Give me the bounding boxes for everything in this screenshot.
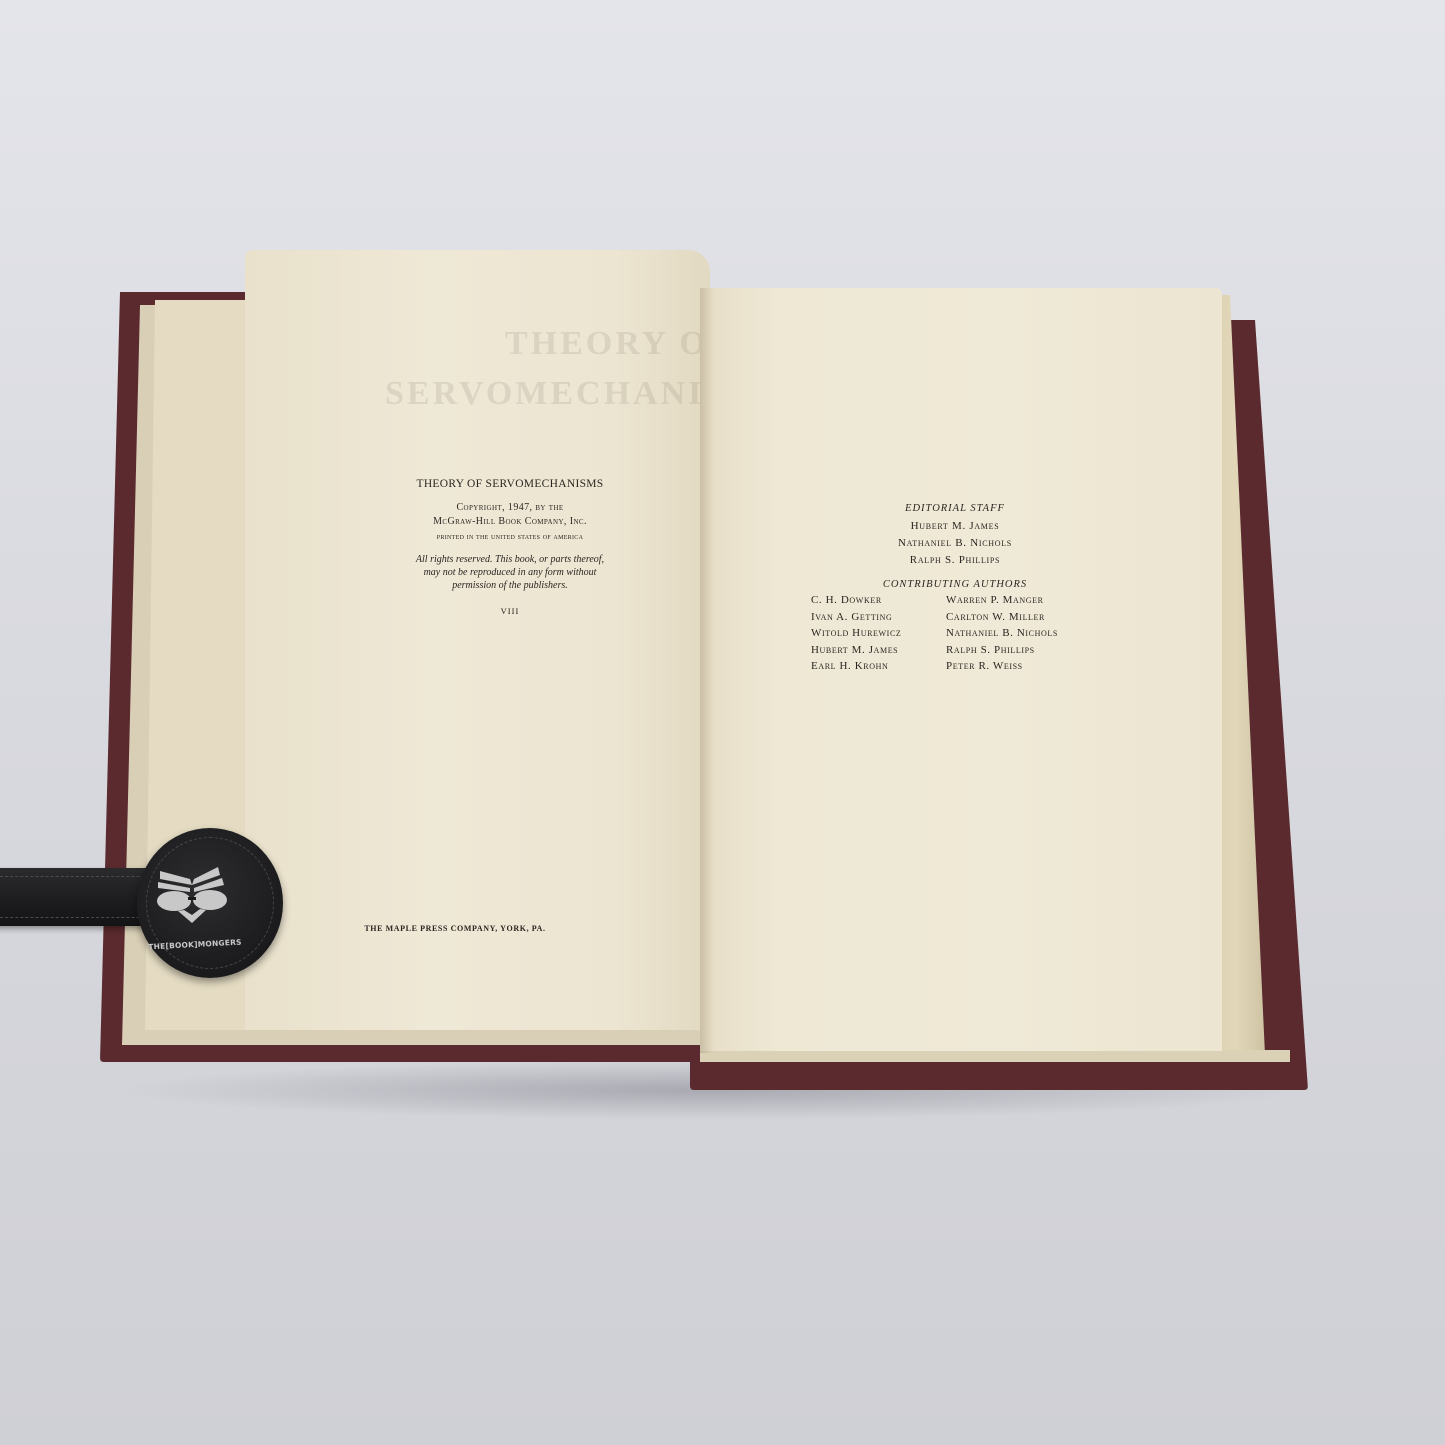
editorial-heading: EDITORIAL STAFF — [800, 503, 1110, 514]
author-name: Ralph S. Phillips — [946, 642, 1106, 659]
editor-name: Ralph S. Phillips — [800, 552, 1110, 569]
author-name: Warren P. Manger — [946, 592, 1106, 609]
page-edge-bottom — [700, 1050, 1290, 1062]
author-name: Witold Hurewicz — [811, 625, 946, 642]
editor-name: Nathaniel B. Nichols — [800, 535, 1110, 552]
author-name: C. H. Dowker — [811, 592, 946, 609]
editor-name: Hubert M. James — [800, 518, 1110, 535]
author-name: Peter R. Weiss — [946, 658, 1106, 675]
left-page[interactable] — [245, 250, 710, 1030]
authors-list: C. H. Dowker Warren P. Manger Ivan A. Ge… — [811, 592, 1110, 675]
author-name: Earl H. Krohn — [811, 658, 946, 675]
authors-heading: CONTRIBUTING AUTHORS — [800, 579, 1110, 590]
printed-in-line: printed in the united states of america — [380, 529, 640, 543]
copyright-block: THEORY OF SERVOMECHANISMS Copyright, 194… — [380, 478, 640, 616]
book-with-glasses-icon — [148, 865, 238, 925]
photo-scene: THEORY OF SERVOMECHANISMS THEORY OF SERV… — [0, 0, 1445, 1445]
author-name: Carlton W. Miller — [946, 609, 1106, 626]
page-number: VIII — [380, 606, 640, 616]
show-through-text: THEORY OF — [505, 325, 733, 363]
publisher-line: McGraw-Hill Book Company, Inc. — [380, 515, 640, 529]
author-name: Ivan A. Getting — [811, 609, 946, 626]
rights-notice: All rights reserved. This book, or parts… — [415, 553, 605, 592]
book-title: THEORY OF SERVOMECHANISMS — [380, 478, 640, 490]
author-name: Hubert M. James — [811, 642, 946, 659]
editorial-block: EDITORIAL STAFF Hubert M. James Nathanie… — [800, 503, 1110, 675]
copyright-line: Copyright, 1947, by the — [380, 501, 640, 515]
book-gutter — [700, 288, 714, 1053]
printer-imprint: THE MAPLE PRESS COMPANY, YORK, PA. — [345, 924, 565, 933]
author-name: Nathaniel B. Nichols — [946, 625, 1106, 642]
